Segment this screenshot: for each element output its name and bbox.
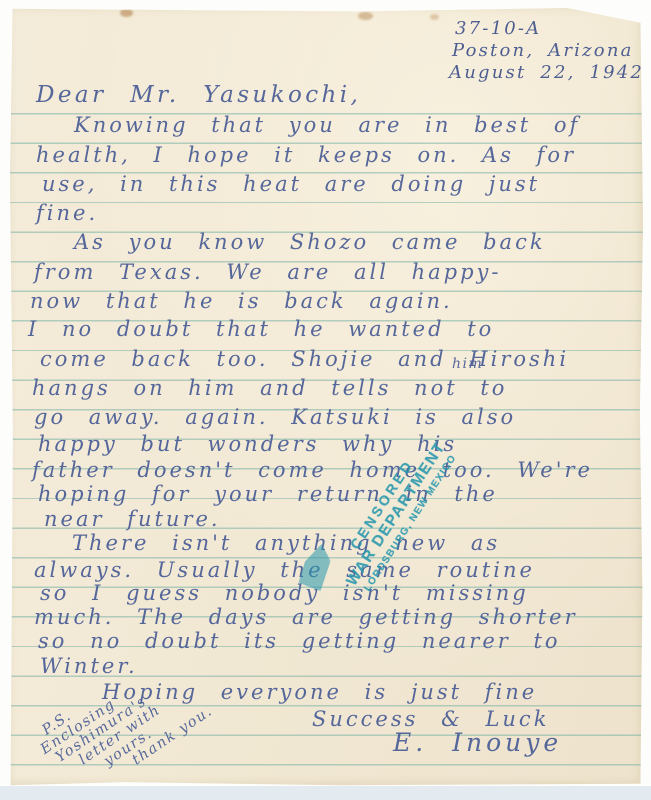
date-line: August 22, 1942 <box>449 60 644 86</box>
handwritten-line: happy but wonders why his <box>38 431 457 457</box>
paper-stain <box>430 14 439 20</box>
handwritten-line: hangs on him and tells not to <box>32 375 507 401</box>
handwritten-line: so I guess nobody isn't missing <box>40 580 529 606</box>
handwritten-line: There isn't anything new as <box>72 530 500 556</box>
handwritten-line: health, I hope it keeps on. As for <box>36 142 576 168</box>
scan-background-band <box>0 786 651 800</box>
paper-stain <box>358 12 373 20</box>
handwritten-line: from Texas. We are all happy- <box>34 259 502 285</box>
salutation-line: Dear Mr. Yasukochi, <box>36 82 361 108</box>
handwritten-line: As you know Shozo came back <box>74 229 546 255</box>
handwritten-line: father doesn't come home too. We're <box>32 457 593 483</box>
handwritten-line: Knowing that you are in best of <box>74 112 580 138</box>
paper-stain <box>120 9 133 17</box>
handwritten-line: fine. <box>36 200 98 226</box>
handwritten-line: so no doubt its getting nearer to <box>38 628 561 654</box>
handwritten-line: much. The days are getting shorter <box>34 604 578 630</box>
handwritten-line: use, in this heat are doing just <box>42 171 540 197</box>
signature: E. Inouye <box>393 730 562 756</box>
handwritten-line: I no doubt that he wanted to <box>28 316 494 342</box>
handwritten-line: near future. <box>44 506 221 532</box>
handwritten-line: now that he is back again. <box>30 288 453 314</box>
inserted-word: him <box>452 356 483 372</box>
handwritten-line: come back too. Shojie and Hiroshi <box>40 346 569 372</box>
